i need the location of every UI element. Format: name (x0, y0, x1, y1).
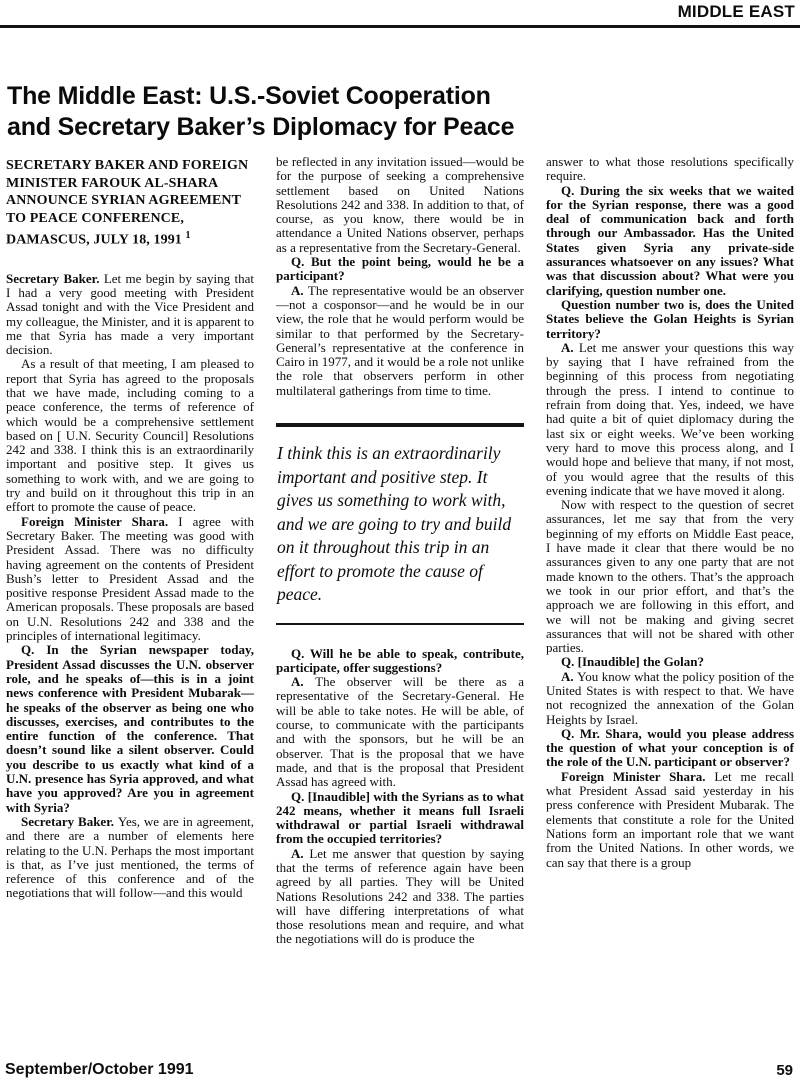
section-label: MIDDLE EAST (678, 2, 795, 22)
paragraph: As a result of that meeting, I am please… (6, 357, 254, 514)
paragraph: be reflected in any invitation issued—wo… (276, 155, 524, 255)
column-1: SECRETARY BAKER AND FOREIGN MINISTER FAR… (6, 155, 254, 947)
question-paragraph: Q. During the six weeks that we waited f… (546, 184, 794, 298)
pull-quote-top-rule (276, 423, 524, 427)
page-footer: September/October 1991 59 (0, 1061, 800, 1079)
speaker-label: Foreign Minister Shara. (561, 769, 714, 784)
question-paragraph: Q. Will he be able to speak, contribute,… (276, 647, 524, 676)
speaker-label: A. (561, 340, 579, 355)
speaker-label: A. (291, 283, 308, 298)
paragraph: Foreign Minister Shara. Let me recall wh… (546, 770, 794, 870)
paragraph: A. The observer will be there as a repre… (276, 675, 524, 789)
question-paragraph: Q. But the point being, would he be a pa… (276, 255, 524, 284)
article-title-line2: and Secretary Baker’s Diplomacy for Peac… (7, 113, 514, 141)
article-body: SECRETARY BAKER AND FOREIGN MINISTER FAR… (6, 155, 794, 947)
header-rule (0, 25, 800, 28)
footer-issue-date: September/October 1991 (0, 1061, 194, 1079)
document-heading-text: SECRETARY BAKER AND FOREIGN MINISTER FAR… (6, 158, 248, 248)
speaker-label: Foreign Minister Shara. (21, 514, 178, 529)
paragraph: A. Let me answer your questions this way… (546, 341, 794, 498)
pull-quote-text: I think this is an extraordinarily impor… (276, 442, 524, 607)
question-paragraph: Q. In the Syrian newspaper today, Presid… (6, 643, 254, 815)
paragraph: Now with respect to the question of secr… (546, 498, 794, 655)
speaker-label: A. (561, 669, 577, 684)
paragraph: Foreign Minister Shara. I agree with Sec… (6, 515, 254, 644)
paragraph: answer to what those resolutions specifi… (546, 155, 794, 184)
speaker-label: A. (291, 674, 315, 689)
question-paragraph: Q. [Inaudible] with the Syrians as to wh… (276, 790, 524, 847)
paragraph: A. Let me answer that question by saying… (276, 847, 524, 947)
article-title: The Middle East: U.S.-Soviet Cooperation… (7, 81, 707, 143)
paragraph: Secretary Baker. Yes, we are in agreemen… (6, 815, 254, 901)
footer-page-number: 59 (776, 1062, 800, 1079)
document-heading: SECRETARY BAKER AND FOREIGN MINISTER FAR… (6, 157, 254, 250)
question-paragraph: Q. [Inaudible] the Golan? (546, 655, 794, 669)
magazine-page: MIDDLE EAST The Middle East: U.S.-Soviet… (0, 0, 800, 1082)
paragraph: A. You know what the policy position of … (546, 670, 794, 727)
question-paragraph: Q. Mr. Shara, would you please address t… (546, 727, 794, 770)
footnote-marker: 1 (186, 230, 191, 241)
paragraph: Secretary Baker. Let me begin by saying … (6, 272, 254, 358)
article-title-line1: The Middle East: U.S.-Soviet Cooperation (7, 82, 491, 110)
speaker-label: Secretary Baker. (21, 814, 118, 829)
speaker-label: A. (291, 846, 309, 861)
speaker-label: Secretary Baker. (6, 271, 104, 286)
column-3: answer to what those resolutions specifi… (546, 155, 794, 947)
pull-quote-bottom-rule (276, 623, 524, 625)
paragraph: A. The representative would be an observ… (276, 284, 524, 398)
question-paragraph: Question number two is, does the United … (546, 298, 794, 341)
pull-quote: I think this is an extraordinarily impor… (276, 423, 524, 625)
column-2: be reflected in any invitation issued—wo… (276, 155, 524, 947)
